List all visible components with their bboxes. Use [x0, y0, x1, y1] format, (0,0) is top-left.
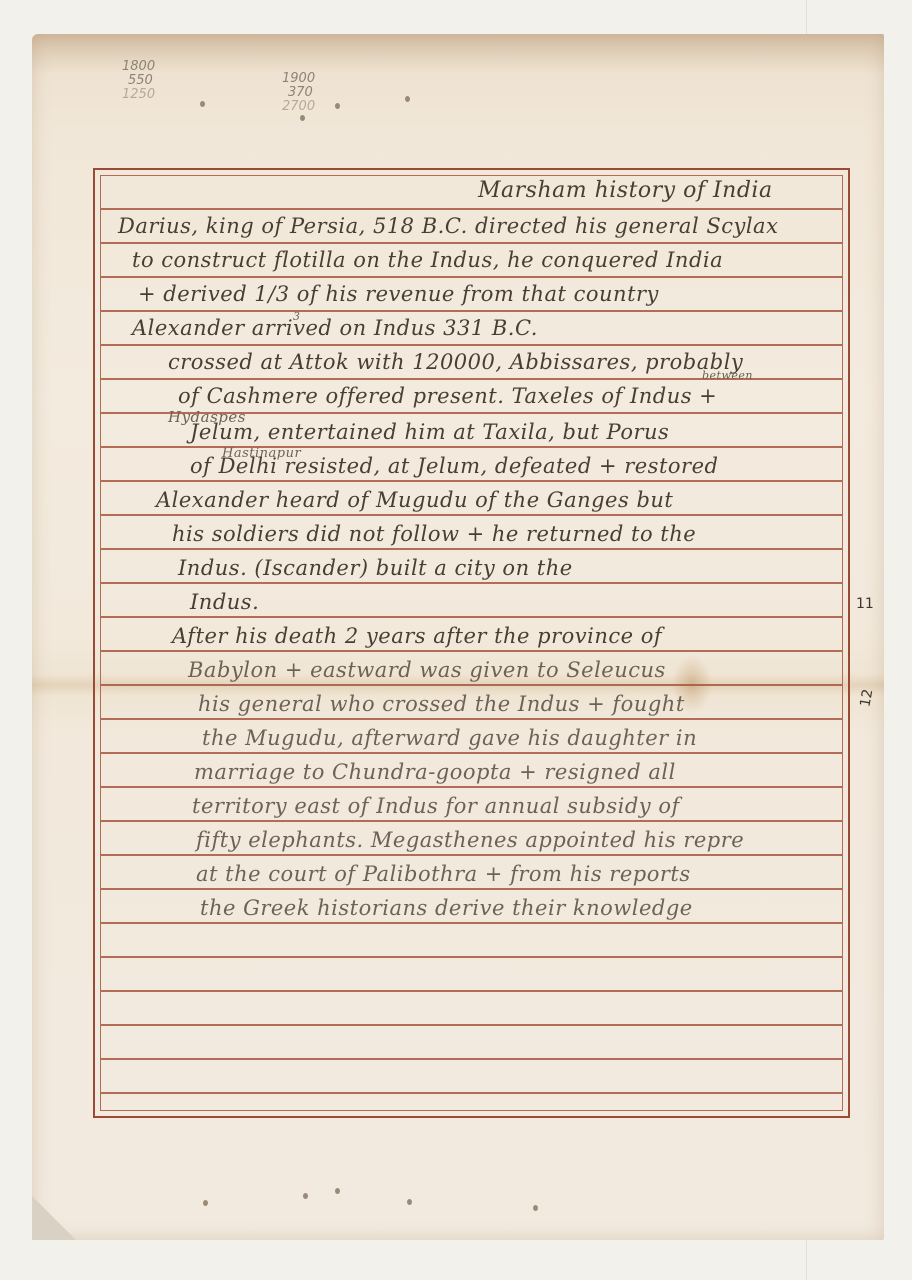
margin-number-11: 11: [856, 596, 874, 612]
text-line: marriage to Chundra-goopta + resigned al…: [194, 760, 676, 784]
tally-value: 370: [282, 86, 315, 100]
text-line: Indus.: [190, 590, 259, 614]
ruled-line: [101, 820, 842, 822]
ruled-line: [101, 854, 842, 856]
text-line: Alexander arrived on Indus 331 B.C.: [132, 316, 538, 340]
text-line: Alexander heard of Mugudu of the Ganges …: [156, 488, 673, 512]
ruled-line: [101, 752, 842, 754]
ruled-line: [101, 786, 842, 788]
text-line: the Mugudu, afterward gave his daughter …: [202, 726, 697, 750]
ruled-line: [101, 344, 842, 346]
binding-hole: [407, 1199, 412, 1205]
ruled-line: [101, 208, 842, 210]
text-line: Indus. (Iscander) built a city on the: [178, 556, 573, 580]
text-line: territory east of Indus for annual subsi…: [192, 794, 680, 818]
binding-hole: [300, 115, 305, 121]
tally-value: 2700: [282, 100, 315, 114]
ruled-line: [101, 1058, 842, 1060]
text-line: his soldiers did not follow + he returne…: [172, 522, 696, 546]
text-line: the Greek historians derive their knowle…: [200, 896, 693, 920]
ruled-line: [101, 990, 842, 992]
tally-value: 1250: [122, 88, 155, 102]
ruled-line: [101, 718, 842, 720]
ruled-line: [101, 242, 842, 244]
ruled-line: [101, 446, 842, 448]
tally-value: 1900: [282, 72, 315, 86]
text-line: at the court of Palibothra + from his re…: [196, 862, 691, 886]
binding-hole: [533, 1205, 538, 1211]
folded-corner: [32, 1196, 76, 1240]
binding-hole: [203, 1200, 208, 1206]
ruled-line: [101, 514, 842, 516]
ruled-line: [101, 888, 842, 890]
pencil-tally-left: 1800 550 1250: [122, 60, 155, 102]
text-line: After his death 2 years after the provin…: [172, 624, 662, 648]
margin-number-12: 12: [857, 688, 876, 708]
tally-value: 1800: [122, 60, 155, 74]
ruled-line: [101, 582, 842, 584]
ruled-line: [101, 650, 842, 652]
binding-hole: [335, 1188, 340, 1194]
binding-hole: [405, 96, 410, 102]
text-line: to construct flotilla on the Indus, he c…: [132, 248, 723, 272]
ruled-line: [101, 276, 842, 278]
ruled-line: [101, 548, 842, 550]
text-line: fifty elephants. Megasthenes appointed h…: [196, 828, 744, 852]
text-line: of Delhi resisted, at Jelum, defeated + …: [190, 454, 718, 478]
ruled-line: [101, 310, 842, 312]
ruled-line: [101, 616, 842, 618]
text-line: of Cashmere offered present. Taxeles of …: [178, 384, 717, 408]
ruled-line: [101, 480, 842, 482]
text-line: Jelum, entertained him at Taxila, but Po…: [190, 420, 669, 444]
tally-value: 550: [122, 74, 155, 88]
document-title: Marsham history of India: [478, 178, 773, 203]
binding-hole: [335, 103, 340, 109]
binding-hole: [200, 101, 205, 107]
text-line: + derived 1/3 of his revenue from that c…: [138, 282, 659, 306]
pencil-tally-right: 1900 370 2700: [282, 72, 315, 114]
ruled-line: [101, 1092, 842, 1094]
interlinear-between: between: [702, 369, 753, 382]
text-line: his general who crossed the Indus + foug…: [198, 692, 685, 716]
ruled-line: [101, 922, 842, 924]
text-line: crossed at Attok with 120000, Abbissares…: [168, 350, 743, 374]
text-line: Babylon + eastward was given to Seleucus: [188, 658, 666, 682]
binding-hole: [303, 1193, 308, 1199]
ruled-line: [101, 684, 842, 686]
ruled-line: [101, 956, 842, 958]
ruled-line: [101, 1024, 842, 1026]
text-line: Darius, king of Persia, 518 B.C. directe…: [118, 214, 778, 238]
